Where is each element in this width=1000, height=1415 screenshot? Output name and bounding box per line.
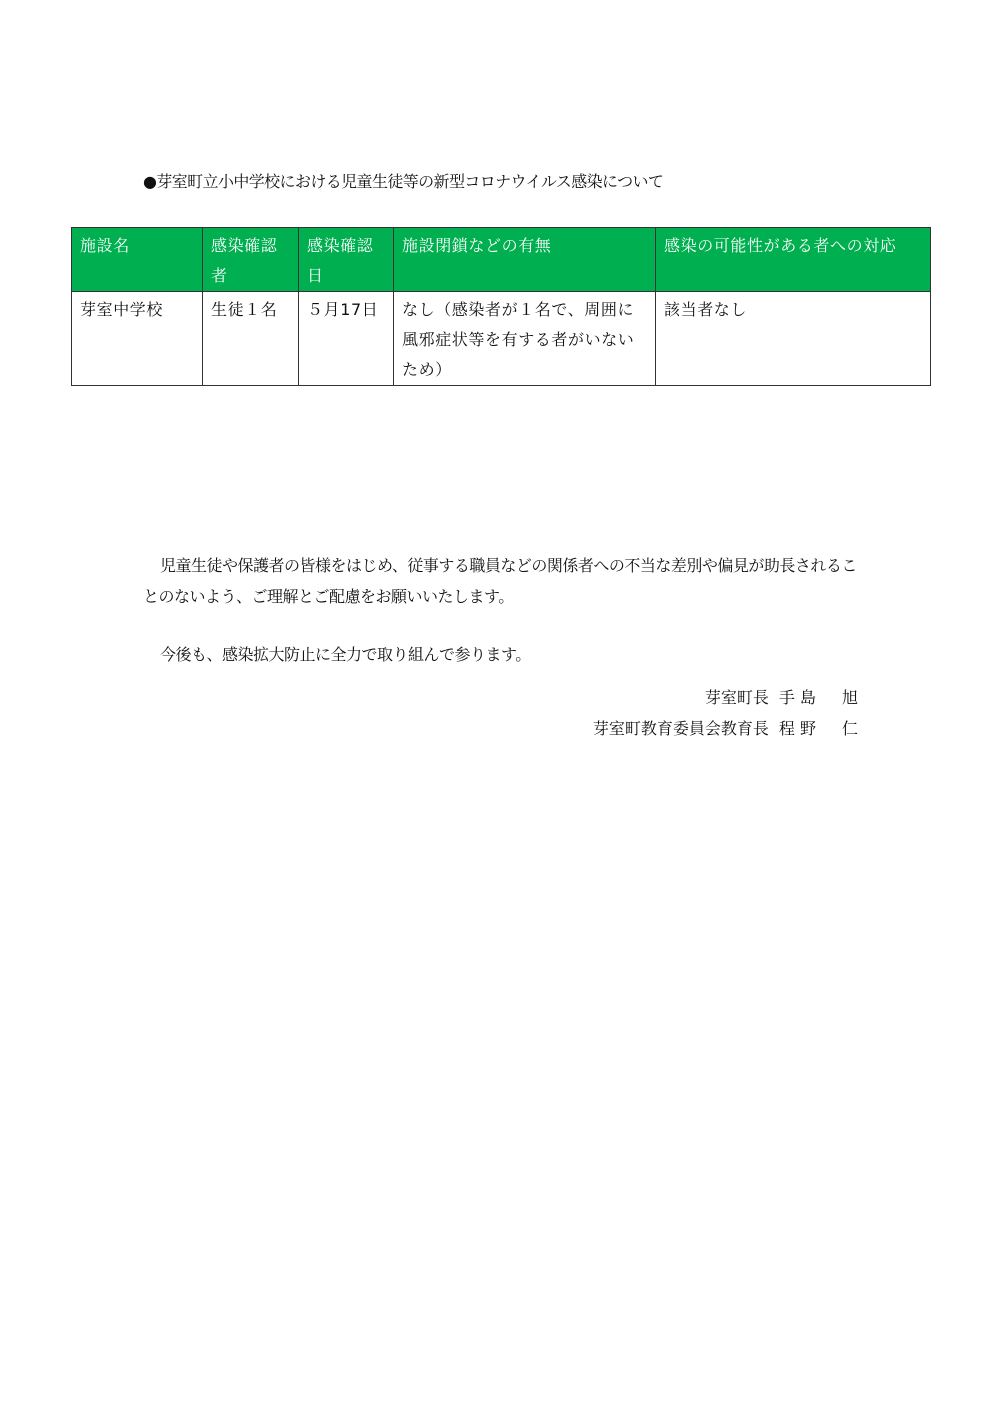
signature-superintendent: 芽室町教育委員会教育長程 野仁 bbox=[593, 719, 858, 739]
signature-position: 芽室町教育委員会教育長 bbox=[593, 719, 769, 738]
signature-given-name: 旭 bbox=[842, 688, 858, 707]
signature-given-name: 仁 bbox=[842, 719, 858, 738]
header-confirmed-person: 感染確認者 bbox=[203, 228, 299, 292]
signature-mayor: 芽室町長手 島旭 bbox=[705, 688, 858, 708]
cell-confirmed-person: 生徒１名 bbox=[203, 292, 299, 386]
header-response: 感染の可能性がある者への対応 bbox=[656, 228, 931, 292]
cell-facility: 芽室中学校 bbox=[72, 292, 203, 386]
document-title: ●芽室町立小中学校における児童生徒等の新型コロナウイルス感染について bbox=[143, 172, 663, 192]
table-header-row: 施設名 感染確認者 感染確認日 施設閉鎖などの有無 感染の可能性がある者への対応 bbox=[72, 228, 931, 292]
cell-confirmed-date: ５月17日 bbox=[299, 292, 394, 386]
infection-info-table: 施設名 感染確認者 感染確認日 施設閉鎖などの有無 感染の可能性がある者への対応… bbox=[71, 227, 931, 386]
header-facility: 施設名 bbox=[72, 228, 203, 292]
cell-response: 該当者なし bbox=[656, 292, 931, 386]
request-paragraph: 児童生徒や保護者の皆様をはじめ、従事する職員などの関係者への不当な差別や偏見が助… bbox=[143, 550, 863, 612]
signature-surname: 程 野 bbox=[779, 719, 816, 738]
header-confirmed-date: 感染確認日 bbox=[299, 228, 394, 292]
signature-position: 芽室町長 bbox=[705, 688, 769, 707]
table-row: 芽室中学校 生徒１名 ５月17日 なし（感染者が１名で、周囲に風邪症状等を有する… bbox=[72, 292, 931, 386]
signature-surname: 手 島 bbox=[779, 688, 816, 707]
commitment-paragraph: 今後も、感染拡大防止に全力で取り組んで参ります。 bbox=[143, 639, 863, 670]
header-closure: 施設閉鎖などの有無 bbox=[394, 228, 656, 292]
cell-closure: なし（感染者が１名で、周囲に風邪症状等を有する者がいないため） bbox=[394, 292, 656, 386]
